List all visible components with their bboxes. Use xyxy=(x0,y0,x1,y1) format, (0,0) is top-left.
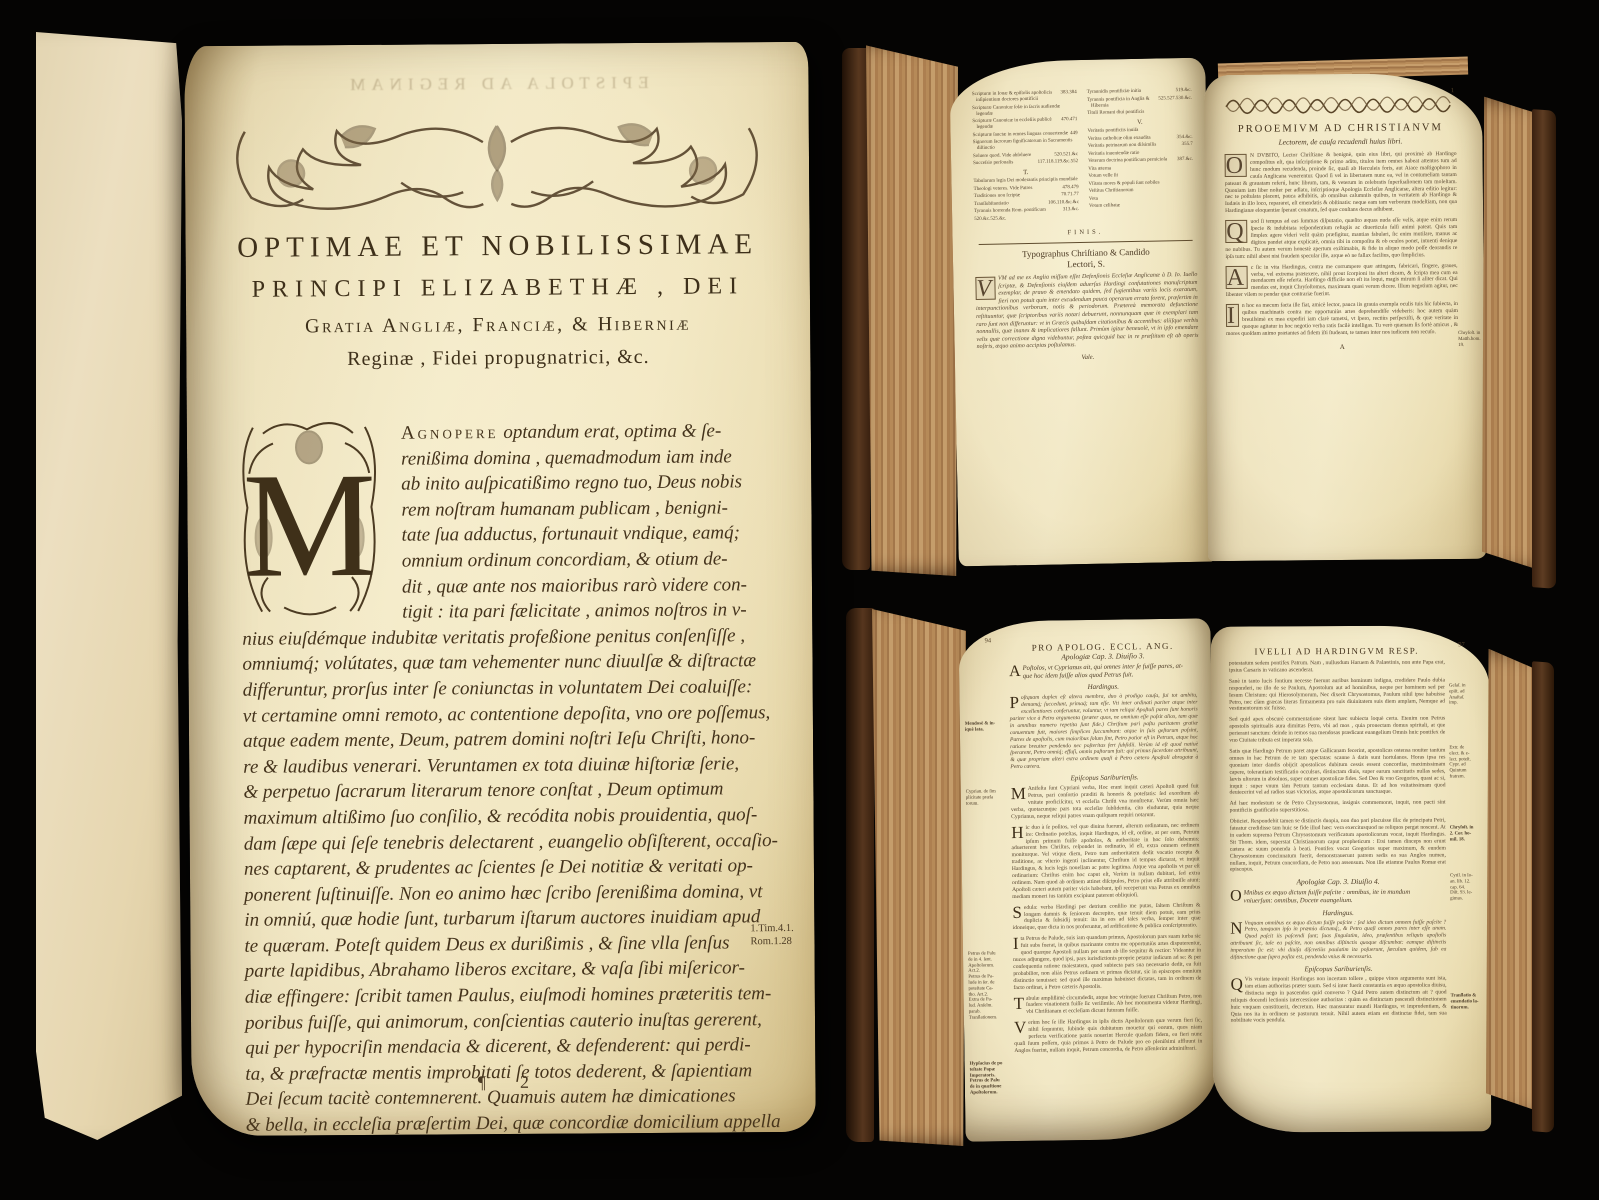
response-paragraph: potestatum sedem pontifex Patrum. Nam , … xyxy=(1229,660,1445,675)
marginal-note-cyril: Cyril. in Io- an. lib. 12. cap. 64. Diſt… xyxy=(1450,873,1484,902)
index-entry: 520.&c.525.&c. xyxy=(974,215,1079,223)
episcopus-label: Epiſcopus Sariburienſis. xyxy=(1230,965,1446,974)
prooemium-paragraph: Ac ſic in vita Hardingus, contra me corr… xyxy=(1226,263,1458,300)
index-letter-T: T. xyxy=(973,168,1078,177)
apology-right-page: 97 IVELLI AD HARDINGVM RESP. potestatum … xyxy=(1211,625,1492,1132)
finis-label: FINIS. xyxy=(974,227,1196,238)
quote-line: vniuerſum: omnibus, Docete euangelium. xyxy=(1230,896,1446,905)
index-entry: Tituli Romani diui pontificis xyxy=(1087,109,1192,117)
body-line: re & laudibus venerari. Veruntamen ex to… xyxy=(243,751,791,780)
apology-spread-photo: 94 PRO APOLOG. ECCL. ANG. Apologiæ Cap. … xyxy=(838,592,1564,1154)
body-line: ab inito auſpicatißimo regno tuo, Deus n… xyxy=(401,469,789,497)
body-line: & perpetuo ſacrarum literarum tenore con… xyxy=(243,776,791,805)
title-line-1: OPTIMAE ET NOBILISSIMAE xyxy=(186,228,810,265)
indented-lines: renißima domina , quemadmodum iam indeab… xyxy=(241,444,790,627)
episcopus-paragraph: Verùm hoc ſe ille Hardingus in ipſis dic… xyxy=(1014,1018,1202,1055)
episcopus-paragraph: Tabulæ amplißimè circumdedit, atque hoc … xyxy=(1014,993,1202,1016)
episcopus-label: Epiſcopus Sariburienſis. xyxy=(1011,773,1199,784)
marginal-note-chrysost: Chryſoſt. in 2. Cor. ho- mil. 18. xyxy=(1450,825,1484,843)
body-line: omnium ordinum concordiam, & otium de- xyxy=(402,546,790,574)
body-line: qui per hypocriſin mendacia & dicerent, … xyxy=(245,1032,793,1061)
index-letter-V: V. xyxy=(1087,118,1192,127)
marginal-note-translatio: Tranſlatio & emendatio la- tinorum. xyxy=(1451,993,1485,1011)
body-line: dam ſæpe qui ſeſe tenebris delectarent ,… xyxy=(244,827,792,856)
index-entry: Scripturæ Canonicæ ſolæ in ſacris audien… xyxy=(972,104,1077,118)
response-paragraphs: potestatum sedem pontifex Patrum. Nam , … xyxy=(1229,660,1446,875)
marginal-note-chrysost: Chryſoſt. in Matth.hom. 19. xyxy=(1458,331,1482,349)
leather-cover-edge-left xyxy=(846,608,874,1142)
lead-word: Agnopere xyxy=(401,422,499,444)
response-paragraph: Sed quid apex obscurè commentatione site… xyxy=(1229,716,1445,745)
body-line: omniumq́; volútates, quæ tam vehementer … xyxy=(242,648,790,677)
response-paragraph: Ad hæc modestum se de Petro Chrysostomus… xyxy=(1230,800,1446,815)
apology-left-page: 94 PRO APOLOG. ECCL. ANG. Apologiæ Cap. … xyxy=(958,618,1217,1141)
index-columns: 383.384Scripturæ in Ionæ & epiſtolis apo… xyxy=(972,88,1196,224)
title-page: EPISTOLA AD REGINAM OPTIMAE ET NOBILISSI… xyxy=(184,42,816,1136)
apology-quote: O Mnibus ex æquo dictum fuiſſe paſcite :… xyxy=(1230,889,1446,905)
body-line: nes captarent, & prudentes ac ſcientes ſ… xyxy=(244,853,792,882)
pilcrow-signature: ¶ xyxy=(478,1072,486,1092)
full-width-lines: nius eiuſdémque indubitæ veritatis profe… xyxy=(242,623,794,1139)
index-entry: 117.118.119.&c.552Succeſsio perſonalis xyxy=(973,159,1078,167)
body-line: & bella, in eccleſia præſertim Dei, quæ … xyxy=(246,1109,794,1138)
index-column-2: 519.&c.Tyrannidis pontificiæ initia525.5… xyxy=(1087,88,1195,222)
divider-rule xyxy=(979,240,1192,245)
vellum-flyleaf xyxy=(36,32,182,1140)
body-line: parte lapidibus, Abrahamo liberos excita… xyxy=(245,955,793,984)
chapter-division-heading: Apologiæ Cap. 3. Diuiſio 4. xyxy=(1230,877,1446,887)
index-entry: 470.471Scripturæ Canonicæ in eccleſiis p… xyxy=(972,117,1077,131)
prooemium-paragraph: In hoc ea mecum facta ille fiat, amicè l… xyxy=(1226,301,1458,338)
marginal-note-gelas: Gelaſ. in epiſt. ad Anaſtaſ. imp. xyxy=(1449,683,1483,706)
body-line: renißima domina , quemadmodum iam inde xyxy=(401,444,789,472)
title-line-2: PRINCIPI ELIZABETHÆ , DEI xyxy=(186,273,810,304)
apology-quote: A Poſtolos, vt Cyprianus ait, qui omnes … xyxy=(1009,662,1197,680)
prooemium-paragraphs: ON DVBITO, Lector Chriſtiane & benignè, … xyxy=(1225,151,1459,338)
body-line: te quæram. Poteſt quidem Deus ex durißim… xyxy=(244,930,792,959)
hardingus-paragraph: Poſtquam duplex eſt altera membra, duo à… xyxy=(1009,693,1198,772)
title-page-photo: EPISTOLA AD REGINAM OPTIMAE ET NOBILISSI… xyxy=(36,28,812,1150)
running-header-right: IVELLI AD HARDINGVM RESP. xyxy=(1229,646,1445,657)
response-paragraph: Satis quæ Hardingo Petrum paret atque Ga… xyxy=(1229,747,1445,796)
episcopus-paragraph: QVis vnitate imponit Hardingus non incer… xyxy=(1231,976,1447,1025)
body-line: diæ effingere: ſcribit tamen Paulus, eiu… xyxy=(245,981,793,1010)
marginal-note-2: Cyprian. de ſim plicitate præla torum. xyxy=(966,789,1008,807)
signature-A: A xyxy=(1226,342,1458,352)
body-line: poribus fuiſſe, qui animorum, conſcienti… xyxy=(245,1007,793,1036)
epistle-body-text: Agnopere optandum erat, optima & ſe- ren… xyxy=(241,418,794,1138)
title-line-3: Gratia Angliæ, Franciæ, & Hiberniæ xyxy=(186,312,810,339)
index-prooemium-spread-photo: 383.384Scripturæ in Ionæ & epiſtolis apo… xyxy=(838,36,1564,588)
body-line: tate ſua adductus, fortunauit vndique, e… xyxy=(402,520,790,548)
body-line: atque eadem mente, Deum, patrem domini n… xyxy=(243,725,791,754)
signature-number: 2 xyxy=(520,1072,529,1092)
leather-cover-edge-left xyxy=(842,48,870,570)
vine-ornament-band xyxy=(1224,93,1456,115)
typographus-heading: Typographus Chriſtiano & Candido Lectori… xyxy=(975,246,1197,272)
page-number: 1 xyxy=(1451,87,1454,94)
title-block: OPTIMAE ET NOBILISSIMAE PRINCIPI ELIZABE… xyxy=(186,228,811,372)
typographus-paragraph: VVM ad me ex Anglia miſſum eſſet Defenſi… xyxy=(975,272,1198,352)
leather-cover-edge-right xyxy=(1532,661,1554,1133)
body-line: differuntur, prorſus inter ſe coniunctas… xyxy=(243,674,791,703)
prooemium-title: PROOEMIVM AD CHRISTIANVM xyxy=(1224,122,1456,135)
hardingus-label: Hardingus. xyxy=(1230,908,1446,917)
title-line-4: Reginæ , Fidei propugnatrici, &c. xyxy=(186,345,810,372)
marginal-citation: 1.Tim.4.1. Rom.1.28 xyxy=(750,922,820,948)
body-line: ponerent ſuſtinuiſſe. Non eo animo hæc ſ… xyxy=(244,879,792,908)
lead-rest: optandum erat, optima & ſe- xyxy=(499,420,722,443)
page-number-97: 97 xyxy=(1458,641,1465,648)
episcopus-paragraph: MAnifeſta ſunt Cypriani verba, Hoc erant… xyxy=(1011,784,1199,821)
episcopus-paragraph: Hic duo à ſe poſitos, vel quæ diuina fue… xyxy=(1011,822,1200,901)
body-line: Agnopere optandum erat, optima & ſe- xyxy=(401,418,789,446)
hardingus-label: Hardingus. xyxy=(1009,682,1197,693)
response-paragraph: Sanè in tanto lucis fontium necesse fuer… xyxy=(1229,677,1445,713)
body-line: tigit : ita pari fælicitate , animos noſ… xyxy=(402,597,790,625)
woodcut-headpiece-ornament xyxy=(221,110,774,218)
prooemium-page: 1 PROOEMIVM AD CHRISTIANVM Lectorem, de … xyxy=(1204,73,1486,561)
body-line: dit , quæ ante nos maioribus rarò videre… xyxy=(402,572,790,600)
page-number-94: 94 xyxy=(985,637,992,644)
index-entry: 383.384Scripturæ in Ionæ & epiſtolis apo… xyxy=(972,90,1077,104)
index-column-1: 383.384Scripturæ in Ionæ & epiſtolis apo… xyxy=(972,90,1080,224)
prooemium-subtitle: Lectorem, de cauſa recudendi huius libri… xyxy=(1224,136,1456,147)
index-page: 383.384Scripturæ in Ionæ & epiſtolis apo… xyxy=(949,58,1215,567)
prooemium-paragraph: ON DVBITO, Lector Chriſtiane & benignè, … xyxy=(1225,151,1458,215)
body-line: in omniú, quæ hodie ſunt, turbarum iſtar… xyxy=(244,904,792,933)
body-line: vt certamine omni remoto, ac contentione… xyxy=(243,700,791,729)
marginal-note-1: Mendosè & in- iquè lata. xyxy=(965,721,1007,733)
index-entry: Votum celibatæ xyxy=(1089,202,1194,210)
showthrough-text: EPISTOLA AD REGINAM xyxy=(184,72,808,96)
marginal-note-3: Petrus de Palu de in 4. ſent. Apoſtoloru… xyxy=(968,951,1011,1021)
quote-initial-O: O xyxy=(1230,890,1244,904)
leather-cover-edge-right xyxy=(1532,109,1556,589)
fore-edge-left xyxy=(866,40,958,576)
fore-edge-left xyxy=(872,598,966,1146)
fore-edge-right xyxy=(1482,97,1538,574)
prooemium-paragraph: Quod ſi tempus ad eas ſummas diſputatio,… xyxy=(1225,217,1457,260)
body-line: rem noſtram humanam publicam , benigni- xyxy=(401,495,789,523)
hardingus-paragraph: NVnquam omnibus ex æquo dictum fuiſſe pa… xyxy=(1230,919,1446,962)
body-line: maximum altißimo ſuo conſilio, & recódit… xyxy=(244,802,792,831)
vale-label: Vale. xyxy=(977,352,1199,363)
signature-line: ¶2 xyxy=(191,1070,815,1095)
index-entry: Signorum ſacrorum ſignificatorum in Sacr… xyxy=(973,138,1078,152)
episcopus-paragraph: Ita Petrus de Palude, suis iam quandam p… xyxy=(1013,934,1202,992)
marginal-note-4: Hypſacius de po teſtate Papæ Imperatoris… xyxy=(970,1061,1012,1096)
response-paragraph: Obiiciet. Respondebit tamen se distincti… xyxy=(1230,818,1446,874)
photo-collage-antique-book: { "palette":{"background":"#050403","pap… xyxy=(0,0,1599,1200)
episcopus-paragraphs: MAnifeſta ſunt Cypriani verba, Hoc erant… xyxy=(1011,784,1203,1055)
body-line: nius eiuſdémque indubitæ veritatis profe… xyxy=(242,623,790,652)
index-entry: 525.527.530.&c.Tyrannis pontificia in An… xyxy=(1087,95,1192,109)
marginal-note-extr: Extr. de elect. & e- lect. poteſt. Cypr.… xyxy=(1449,745,1483,780)
quote-initial-A: A xyxy=(1009,665,1023,679)
episcopus-paragraph: Sedula: verba Hardingi per detrium conſi… xyxy=(1012,902,1200,932)
fore-edge-right xyxy=(1486,649,1538,1120)
